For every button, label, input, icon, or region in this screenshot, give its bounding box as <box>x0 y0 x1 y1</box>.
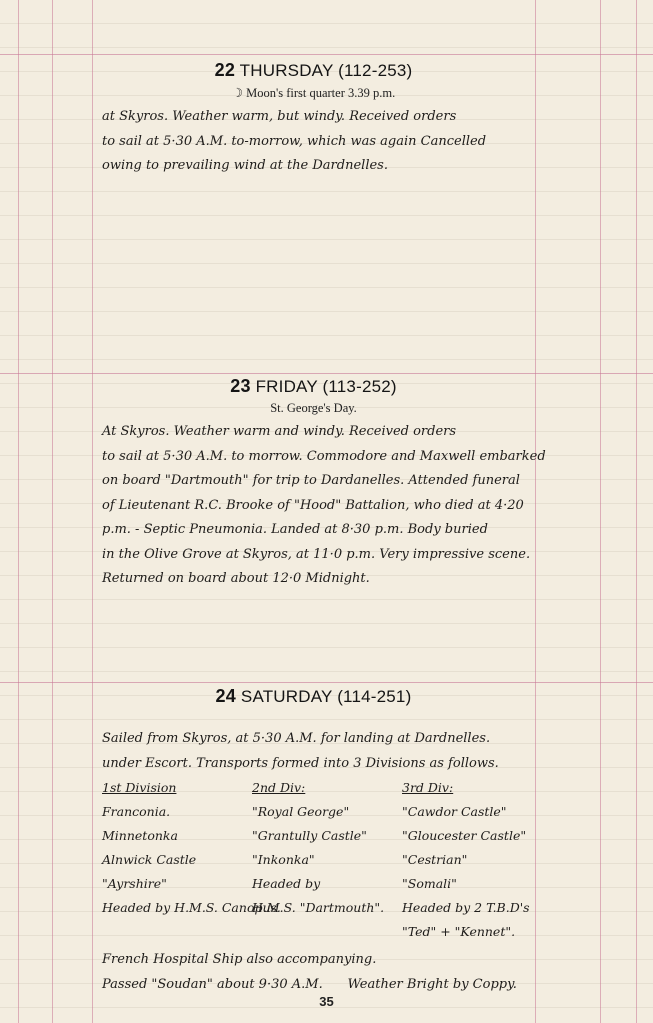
text-line: to sail at 5·30 A.M. to morrow. Commodor… <box>102 445 535 470</box>
ship-cell: Alnwick Castle <box>102 848 252 872</box>
day-divider <box>0 373 653 374</box>
text-line: at Skyros. Weather warm, but windy. Rece… <box>102 105 535 130</box>
day-heading: 24 SATURDAY (114-251) <box>92 686 535 707</box>
divisions-table: 1st Division 2nd Div: 3rd Div: Franconia… <box>92 776 535 944</box>
day-subtitle: St. George's Day. <box>92 401 535 416</box>
day-divider <box>0 682 653 683</box>
margin-rule <box>636 0 637 1023</box>
ship-cell <box>252 920 402 944</box>
text-line: on board "Dartmouth" for trip to Dardane… <box>102 469 535 494</box>
ship-cell: "Ted" + "Kennet". <box>402 920 552 944</box>
ship-cell: Franconia. <box>102 800 252 824</box>
handwritten-text: French Hospital Ship also accompanying. … <box>92 948 535 997</box>
day-heading: 22 THURSDAY (112-253) <box>92 60 535 81</box>
text-line: of Lieutenant R.C. Brooke of "Hood" Batt… <box>102 494 535 519</box>
page-number: 35 <box>0 994 653 1009</box>
text-line: to sail at 5·30 A.M. to-morrow, which wa… <box>102 130 535 155</box>
diary-entry-saturday: 24 SATURDAY (114-251) Sailed from Skyros… <box>92 686 535 997</box>
ship-cell: Headed by <box>252 872 402 896</box>
day-name: SATURDAY <box>241 687 332 706</box>
ship-cell: Minnetonka <box>102 824 252 848</box>
margin-rule <box>52 0 53 1023</box>
division-header: 2nd Div: <box>252 776 402 800</box>
ship-cell: "Inkonka" <box>252 848 402 872</box>
day-name: THURSDAY <box>240 61 334 80</box>
handwritten-text: at Skyros. Weather warm, but windy. Rece… <box>92 105 535 179</box>
handwritten-text: Sailed from Skyros, at 5·30 A.M. for lan… <box>92 727 535 776</box>
text-line: Returned on board about 12·0 Midnight. <box>102 567 535 592</box>
text-line: At Skyros. Weather warm and windy. Recei… <box>102 420 535 445</box>
ship-cell: "Grantully Castle" <box>252 824 402 848</box>
text-line: p.m. - Septic Pneumonia. Landed at 8·30 … <box>102 518 535 543</box>
ship-cell: "Somali" <box>402 872 552 896</box>
day-range: (112-253) <box>338 61 412 80</box>
ship-cell: "Cawdor Castle" <box>402 800 552 824</box>
day-number: 22 <box>215 60 235 80</box>
text-line: Sailed from Skyros, at 5·30 A.M. for lan… <box>102 727 535 752</box>
day-range: (114-251) <box>337 687 411 706</box>
text-line: under Escort. Transports formed into 3 D… <box>102 752 535 777</box>
ship-cell: "Ayrshire" <box>102 872 252 896</box>
margin-rule <box>18 0 19 1023</box>
division-header: 3rd Div: <box>402 776 552 800</box>
ship-cell: "Cestrian" <box>402 848 552 872</box>
text-line: in the Olive Grove at Skyros, at 11·0 p.… <box>102 543 535 568</box>
day-name: FRIDAY <box>256 377 318 396</box>
diary-entry-thursday: 22 THURSDAY (112-253) ☽ Moon's first qua… <box>92 60 535 179</box>
day-divider <box>0 54 653 55</box>
ship-cell: "Gloucester Castle" <box>402 824 552 848</box>
day-number: 24 <box>216 686 236 706</box>
day-range: (113-252) <box>323 377 397 396</box>
ship-cell: "Royal George" <box>252 800 402 824</box>
ship-cell: Headed by H.M.S. Canopus. <box>102 896 252 920</box>
margin-rule <box>600 0 601 1023</box>
ship-cell: Headed by 2 T.B.D's <box>402 896 552 920</box>
text-line: owing to prevailing wind at the Dardnell… <box>102 154 535 179</box>
text-line: French Hospital Ship also accompanying. <box>102 948 535 973</box>
day-number: 23 <box>230 376 250 396</box>
division-header: 1st Division <box>102 776 252 800</box>
day-subtitle: ☽ Moon's first quarter 3.39 p.m. <box>92 85 535 101</box>
diary-entry-friday: 23 FRIDAY (113-252) St. George's Day. At… <box>92 376 535 592</box>
ship-cell <box>102 920 252 944</box>
ship-cell: H.M.S. "Dartmouth". <box>252 896 402 920</box>
day-heading: 23 FRIDAY (113-252) <box>92 376 535 397</box>
handwritten-text: At Skyros. Weather warm and windy. Recei… <box>92 420 535 592</box>
